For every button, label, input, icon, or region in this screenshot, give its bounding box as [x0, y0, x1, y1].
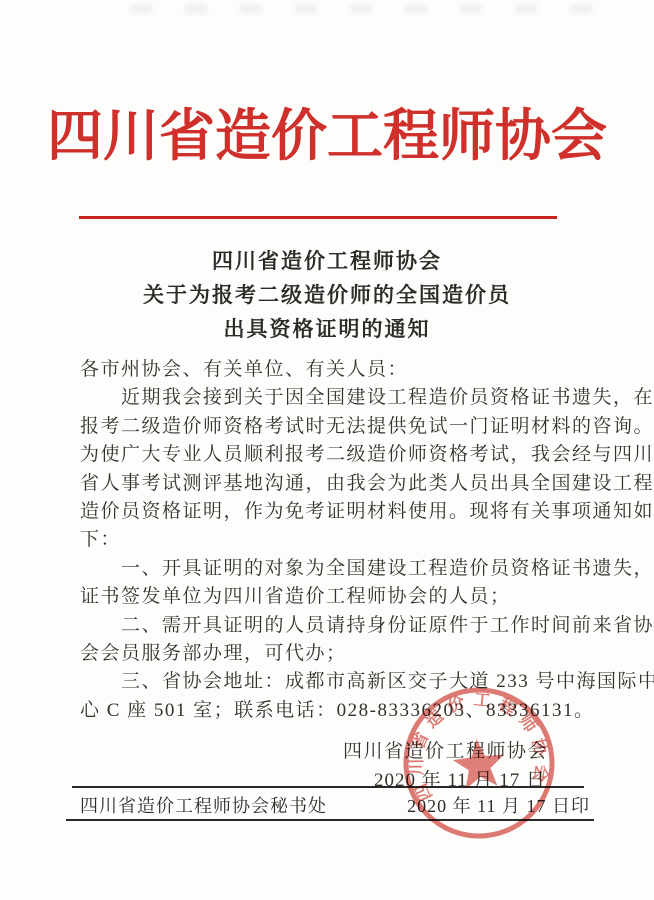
document-title-line: 四川省造价工程师协会: [0, 244, 654, 278]
body-text-line: 会会员服务部办理，可代办；: [80, 640, 580, 668]
body-text-line: 一、开具证明的对象为全国建设工程造价员资格证书遗失，: [80, 555, 580, 583]
body-text-line: 二、需开具证明的人员请持身份证原件于工作时间前来省协: [80, 612, 580, 640]
body-text-line: 为使广大专业人员顺利报考二级造价师资格考试，我会经与四川: [80, 441, 580, 469]
body-text-line: 报考二级造价师资格考试时无法提供免试一门证明材料的咨询。: [80, 413, 580, 441]
body-text-line: 省人事考试测评基地沟通，由我会为此类人员出具全国建设工程: [80, 470, 580, 498]
body-text-line: 各市州协会、有关单位、有关人员：: [80, 356, 580, 384]
official-seal-graphic: 四川省造价工程师协会: [392, 676, 566, 850]
scanned-notice-page: 四川省造价工程师协会 四川省造价工程师协会关于为报考二级造价师的全国造价员出具资…: [0, 0, 654, 900]
star-icon: [451, 736, 507, 790]
body-text-line: 证书签发单位为四川省造价工程师协会的人员；: [80, 583, 580, 611]
document-title-line: 出具资格证明的通知: [0, 312, 654, 346]
official-seal: 四川省造价工程师协会: [392, 676, 566, 850]
footer-issuing-office: 四川省造价工程师协会秘书处: [80, 792, 327, 818]
document-title: 四川省造价工程师协会关于为报考二级造价师的全国造价员出具资格证明的通知: [0, 244, 654, 346]
scan-artifact: [130, 4, 610, 14]
body-text-line: 下：: [80, 526, 580, 554]
letterhead-divider-rule: [79, 216, 557, 219]
body-text-line: 造价员资格证明，作为免考证明材料使用。现将有关事项通知如: [80, 498, 580, 526]
body-text-line: 近期我会接到关于因全国建设工程造价员资格证书遗失，在: [80, 384, 580, 412]
letterhead-org-name: 四川省造价工程师协会: [0, 92, 654, 172]
document-title-line: 关于为报考二级造价师的全国造价员: [0, 278, 654, 312]
document-body: 各市州协会、有关单位、有关人员： 近期我会接到关于因全国建设工程造价员资格证书遗…: [80, 356, 580, 725]
